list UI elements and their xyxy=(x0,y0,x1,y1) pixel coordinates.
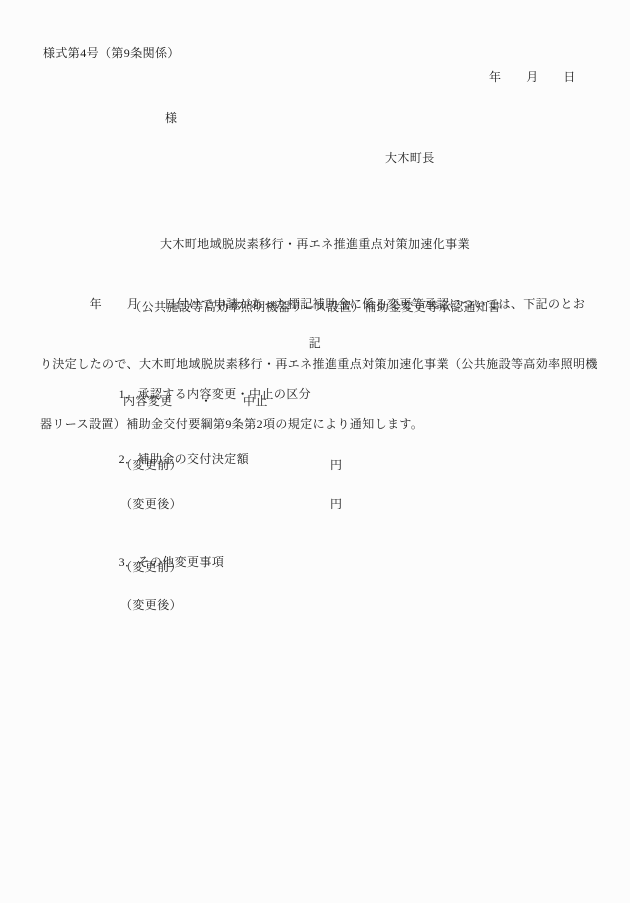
date-line: 年 月 日 xyxy=(489,70,576,85)
ki-marker: 記 xyxy=(0,336,630,351)
item1-option-separator: ・ xyxy=(200,394,212,409)
document-page: 様式第4号（第9条関係） 年 月 日 様 大木町長 大木町地域脱炭素移行・再エネ… xyxy=(0,0,630,903)
sender-title: 大木町長 xyxy=(385,151,435,166)
item2-after-unit: 円 xyxy=(330,497,342,512)
body-line: 器リース設置）補助金交付要綱第9条第2項の規定により通知します。 xyxy=(40,414,604,434)
body-line: り決定したので、大木町地域脱炭素移行・再エネ推進重点対策加速化事業（公共施設等高… xyxy=(40,354,604,374)
item2-after-label: （変更後） xyxy=(120,497,182,512)
body-line: 年 月 日付けで申請があった標記補助金に係る変更等承認については、下記のとお xyxy=(40,294,604,314)
item1-option-change: 内容変更 xyxy=(123,394,173,409)
item2-before-label: （変更前） xyxy=(120,458,182,473)
item3-before-label: （変更前） xyxy=(120,560,182,575)
item3-after-label: （変更後） xyxy=(120,598,182,613)
document-title-line1: 大木町地域脱炭素移行・再エネ推進重点対策加速化事業 xyxy=(0,234,630,255)
item2-before-unit: 円 xyxy=(330,458,342,473)
addressee-honorific: 様 xyxy=(165,111,177,126)
form-number: 様式第4号（第9条関係） xyxy=(43,46,180,61)
item1-option-cancel: 中止 xyxy=(243,394,268,409)
